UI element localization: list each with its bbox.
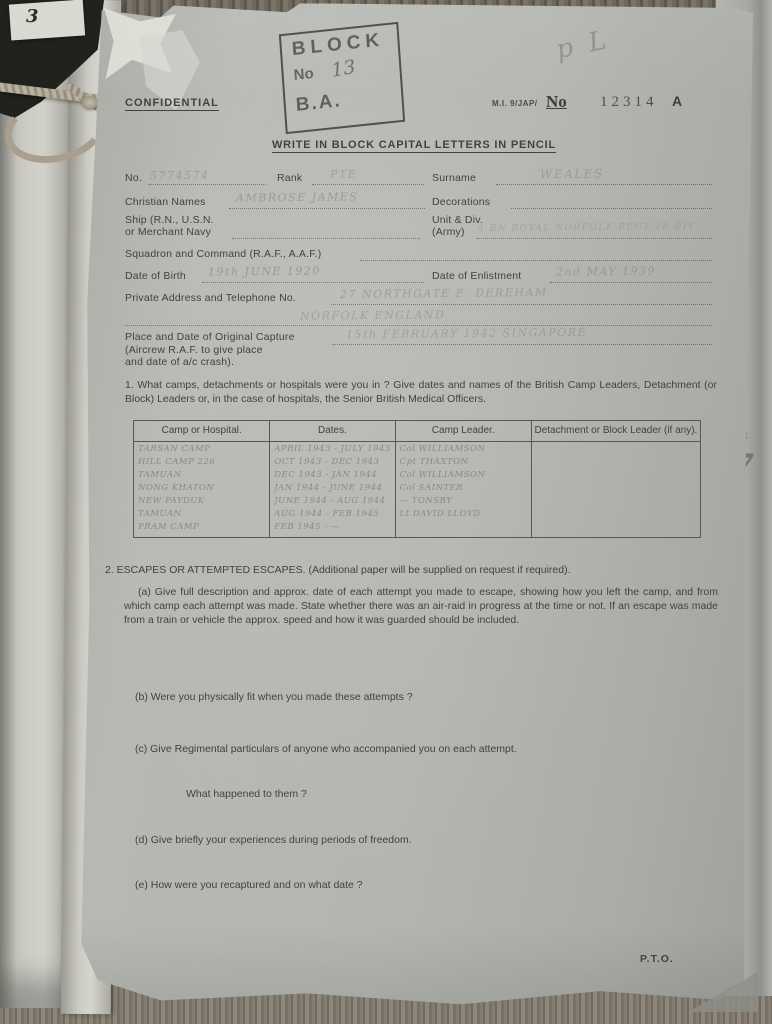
camp-entry: TARSAN CAMP <box>138 443 265 456</box>
stamp-line1: BLOCK <box>291 29 385 61</box>
form-line <box>229 207 425 209</box>
field-capture-label: Place and Date of Original Capture <box>125 331 295 343</box>
mi9-letter: A <box>672 93 682 109</box>
form-line <box>550 281 712 283</box>
mi9-prefix: M.I. 9/JAP/ <box>492 99 538 108</box>
dates-entry: FEB 1945 - — <box>274 521 390 534</box>
leader-column: Col WILLIAMSON Cpt THAXTON Col WILLIAMSO… <box>395 442 531 538</box>
form-line <box>125 324 712 326</box>
field-christian-label: Christian Names <box>125 196 206 208</box>
leader-entry: Col SAINTER <box>400 482 527 495</box>
question-2c: (c) Give Regimental particulars of anyon… <box>135 742 695 756</box>
field-dob-value: 19th JUNE 1920 <box>208 264 321 278</box>
form-line <box>202 281 424 283</box>
col-leader: Camp Leader. <box>395 421 531 442</box>
field-no-value: 5774574 <box>150 169 210 183</box>
field-surname-label: Surname <box>432 172 476 184</box>
field-rank-label: Rank <box>277 172 302 184</box>
stamp-no-value-handwritten: 13 <box>330 56 357 82</box>
camp-entry: PRAM CAMP <box>138 521 265 534</box>
field-unit-label1: Unit & Div. <box>432 214 483 226</box>
dates-entry: OCT 1943 - DEC 1943 <box>274 456 390 469</box>
field-capture-note2: and date of a/c crash). <box>125 356 234 368</box>
field-squadron-label: Squadron and Command (R.A.F., A.A.F.) <box>125 248 322 260</box>
stamp-line3: B.A. <box>295 90 342 117</box>
camp-entry: NONG KHATON <box>138 482 265 495</box>
leader-entry: Col WILLIAMSON <box>400 469 527 482</box>
pto-footer: P.T.O. <box>640 953 674 965</box>
field-enlist-value: 2nd MAY 1939 <box>556 264 656 278</box>
camp-entry: TAMUAN <box>138 508 265 521</box>
dates-entry: JUNE 1944 - AUG 1944 <box>274 495 390 508</box>
camp-entry: HILL CAMP 226 <box>138 456 265 469</box>
camp-entry: TAMUAN <box>138 469 265 482</box>
form-content: CONFIDENTIAL BLOCK No 13 B.A. p L M.I. 9… <box>0 0 772 1024</box>
field-rank-value: PTE <box>330 168 357 181</box>
scanned-document-photo: { "header": { "confidential": "CONFIDENT… <box>0 0 772 1024</box>
dates-column: APRIL 1943 - JULY 1943 OCT 1943 - DEC 19… <box>270 442 395 538</box>
camps-table: Camp or Hospital. Dates. Camp Leader. De… <box>133 420 701 538</box>
form-line <box>496 183 712 185</box>
leader-entry: Col WILLIAMSON <box>400 443 527 456</box>
form-line <box>331 303 712 305</box>
question-2c-followup: What happened to them ? <box>186 787 586 801</box>
dates-entry: AUG 1944 - FEB 1945 <box>274 508 390 521</box>
col-block-leader: Detachment or Block Leader (if any). <box>531 421 700 442</box>
field-capture-value: 15th FEBRUARY 1942 SINGAPORE <box>346 326 587 342</box>
form-line <box>511 207 712 209</box>
form-line <box>360 259 712 261</box>
field-ship-label1: Ship (R.N., U.S.N. <box>125 214 214 226</box>
form-line <box>332 343 712 345</box>
field-unit-label2: (Army) <box>432 226 465 238</box>
form-line <box>476 237 712 239</box>
dates-entry: DEC 1943 - JAN 1944 <box>274 469 390 482</box>
field-capture-note1: (Aircrew R.A.F. to give place <box>125 344 263 356</box>
field-address-value1: 27 NORTHGATE E. DEREHAM <box>340 286 548 301</box>
form-instruction: WRITE IN BLOCK CAPITAL LETTERS IN PENCIL <box>272 139 556 153</box>
col-dates: Dates. <box>270 421 395 442</box>
field-decorations-label: Decorations <box>432 196 490 208</box>
question-2-heading: 2. ESCAPES OR ATTEMPTED ESCAPES. (Additi… <box>105 563 717 577</box>
form-line <box>312 183 424 185</box>
question-2a: (a) Give full description and approx. da… <box>124 585 718 627</box>
field-no-label: No. <box>125 172 142 184</box>
form-line <box>148 183 266 185</box>
question-2e: (e) How were you recaptured and on what … <box>135 878 695 892</box>
field-unit-value: 4 BN ROYAL NORFOLK REGT 18 DIV <box>478 222 696 234</box>
mi9-no-label: No <box>546 92 567 112</box>
field-surname-value: WEALES <box>540 167 604 182</box>
pencil-scribble: p L <box>553 25 612 66</box>
leader-entry: Lt DAVID LLOYD <box>400 508 527 521</box>
stamp-no-label: No <box>293 65 314 84</box>
field-address-value2: NORFOLK ENGLAND <box>300 308 445 323</box>
camps-table-body: TARSAN CAMP HILL CAMP 226 TAMUAN NONG KH… <box>134 442 701 538</box>
question-2b: (b) Were you physically fit when you mad… <box>135 690 695 704</box>
block-number-stamp: BLOCK No 13 B.A. <box>279 22 405 134</box>
field-christian-value: AMBROSE JAMES <box>236 190 358 204</box>
field-ship-label2: or Merchant Navy <box>125 226 211 238</box>
question-2d: (d) Give briefly your experiences during… <box>135 833 695 847</box>
col-camp: Camp or Hospital. <box>134 421 270 442</box>
leader-entry: Cpt THAXTON <box>400 456 527 469</box>
confidential-marking: CONFIDENTIAL <box>125 97 219 111</box>
question-1: 1. What camps, detachments or hospitals … <box>125 378 717 406</box>
form-line <box>232 237 420 239</box>
field-enlist-label: Date of Enlistment <box>432 270 521 282</box>
block-leader-column <box>531 442 700 538</box>
camp-entry: NEW PAYDUK <box>138 495 265 508</box>
mi9-serial-number: 12314 <box>600 94 658 111</box>
field-address-label: Private Address and Telephone No. <box>125 292 296 304</box>
camps-table-header-row: Camp or Hospital. Dates. Camp Leader. De… <box>134 421 701 442</box>
leader-entry: — TONSBY <box>400 495 527 508</box>
dates-entry: APRIL 1943 - JULY 1943 <box>274 443 390 456</box>
camp-column: TARSAN CAMP HILL CAMP 226 TAMUAN NONG KH… <box>134 442 270 538</box>
field-dob-label: Date of Birth <box>125 270 186 282</box>
dates-entry: JAN 1944 - JUNE 1944 <box>274 482 390 495</box>
